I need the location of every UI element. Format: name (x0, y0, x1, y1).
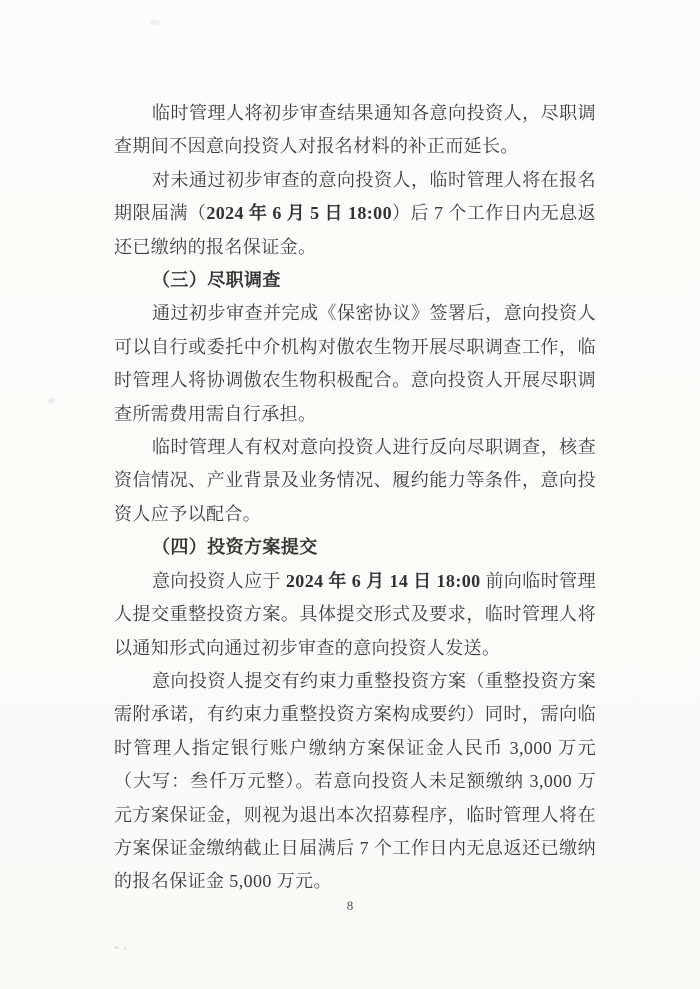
text-segment: 临时管理人将初步审查结果通知各意向投资人，尽职调查期间不因意向投资人对报名材料的… (114, 103, 596, 156)
heading-text: （三）尽职调查 (152, 270, 281, 290)
section-heading-due-diligence: （三）尽职调查 (114, 264, 596, 297)
heading-text: （四）投资方案提交 (152, 537, 318, 557)
paragraph-plan-deposit: 意向投资人提交有约束力重整投资方案（重整投资方案需附承诺，有约束力重整投资方案构… (114, 665, 596, 899)
paragraph-submission-deadline: 意向投资人应于 2024 年 6 月 14 日 18:00 前向临时管理人提交重… (114, 565, 596, 665)
section-heading-investment-plan-submission: （四）投资方案提交 (114, 531, 596, 564)
paragraph-due-diligence: 通过初步审查并完成《保密协议》签署后，意向投资人可以自行或委托中介机构对傲农生物… (114, 297, 596, 431)
paragraph-refund-registration-deposit: 对未通过初步审查的意向投资人，临时管理人将在报名期限届满（2024 年 6 月 … (114, 164, 596, 264)
scan-artifact (124, 947, 127, 950)
text-segment: 临时管理人有权对意向投资人进行反向尽职调查，核查资信情况、产业背景及业务情况、履… (114, 437, 596, 524)
scan-artifact (114, 946, 119, 949)
document-body: 临时管理人将初步审查结果通知各意向投资人，尽职调查期间不因意向投资人对报名材料的… (114, 97, 596, 899)
scan-artifact (150, 20, 160, 25)
scan-artifact (48, 398, 55, 403)
paragraph-reverse-due-diligence: 临时管理人有权对意向投资人进行反向尽职调查，核查资信情况、产业背景及业务情况、履… (114, 431, 596, 531)
text-segment: 通过初步审查并完成《保密协议》签署后，意向投资人可以自行或委托中介机构对傲农生物… (114, 303, 596, 423)
text-segment: 意向投资人应于 (152, 571, 286, 591)
page-number: 8 (0, 898, 700, 914)
deadline-date: 2024 年 6 月 5 日 18:00 (206, 203, 392, 223)
deadline-date: 2024 年 6 月 14 日 18:00 (286, 571, 481, 591)
paragraph-notice-results: 临时管理人将初步审查结果通知各意向投资人，尽职调查期间不因意向投资人对报名材料的… (114, 97, 596, 164)
text-segment: 意向投资人提交有约束力重整投资方案（重整投资方案需附承诺，有约束力重整投资方案构… (114, 671, 596, 891)
